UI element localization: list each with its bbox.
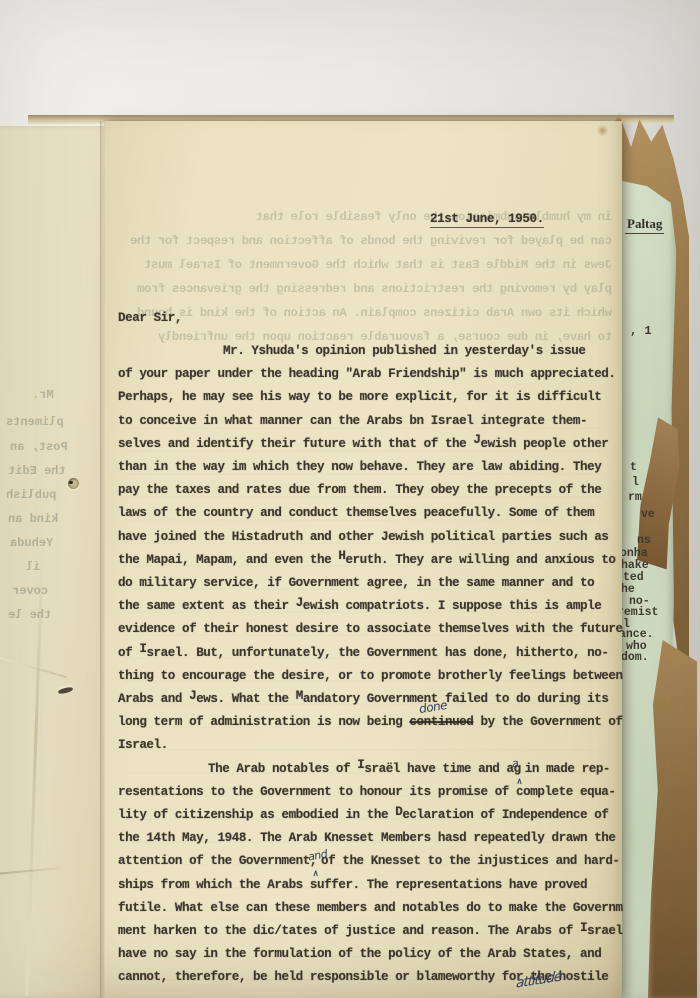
bleedthrough-line: can be played for reviving the bonds of …	[112, 234, 612, 248]
typed-text: Mr. Yshuda's opinion published in yester…	[223, 344, 585, 358]
typed-text: eruth. They are willing and anxious to	[345, 553, 615, 567]
letter-page: in my humble submission the only feasibl…	[104, 121, 622, 998]
letter-salutation: Dear Sir,	[118, 311, 182, 325]
letter-line: evidence of their honest desire to assoc…	[118, 622, 623, 636]
bleedthrough-line: Jews in the Middle East is that which th…	[112, 258, 612, 272]
letter-line: have joined the Histadruth and other Jew…	[118, 530, 608, 544]
letter-line: ships from which the Arabs suffer. The r…	[118, 878, 587, 892]
letter-line: do military service, if Government agree…	[118, 576, 594, 590]
letter-line: long term of administration is now being…	[118, 715, 623, 729]
left-page-fragment: Yehuda	[10, 536, 53, 550]
typed-text: eclaration of Independence of	[402, 808, 608, 822]
typed-text: attention of the Government,	[118, 854, 317, 868]
letter-line: Arabs and Jews. What the Mandatory Gover…	[118, 692, 608, 706]
letter-line: Mr. Yshuda's opinion published in yester…	[118, 344, 585, 358]
typed-text: resentations to the Government to honour…	[118, 785, 616, 799]
crease	[25, 556, 43, 996]
typed-text: thing to encourage the desire, or to pro…	[118, 669, 623, 683]
typed-text: lity of citizenship as embodied in the	[118, 808, 395, 822]
typed-text: ews. What the	[196, 692, 296, 706]
stain	[596, 125, 609, 136]
typed-text: in made rep-	[525, 762, 610, 776]
typed-text: have joined the Histadruth and other Jew…	[118, 530, 608, 544]
letter-line: ment harken to the dic/tates of justice …	[118, 924, 623, 938]
paltag-label: Paltag	[625, 216, 664, 234]
green-paper-fragment: t	[630, 461, 637, 474]
letter-line: pay the taxes and rates due from them. T…	[118, 483, 601, 497]
letter-line: thing to encourage the desire, or to pro…	[118, 669, 623, 683]
raised-capital: M	[296, 689, 303, 703]
typed-text: srael	[587, 924, 623, 938]
typed-text: than in the way im which they now behave…	[118, 460, 601, 474]
letter-line: The Arab notables of Israël have time an…	[118, 762, 610, 776]
left-page-fragment: publish	[6, 488, 56, 502]
typed-text: of the Knesset to the injustices and har…	[321, 854, 620, 868]
letter-date: 21st June, 1950.	[430, 212, 544, 228]
letter-line: to conceive in what manner can the Arabs…	[118, 414, 587, 428]
letter-line: than in the way im which they now behave…	[118, 460, 601, 474]
bleedthrough-line: which its own Arab citizens complain. An…	[112, 306, 612, 320]
page-fold-crease	[100, 121, 105, 998]
letter-line: the Mapai, Mapam, and even the Heruth. T…	[118, 553, 616, 567]
green-paper-fragment: ve	[641, 508, 655, 521]
letter-line: of Israel. But, unfortunately, the Gover…	[118, 646, 608, 660]
raised-capital: I	[580, 921, 587, 935]
letter-line: Perhaps, he may see his way to be more e…	[118, 390, 601, 404]
green-paper-fragment: ns	[637, 534, 651, 547]
typed-text: the Mapai, Mapam, and even the	[118, 553, 338, 567]
typed-text: the 14th May, 1948. The Arab Knesset Mem…	[118, 831, 616, 845]
typed-text: the same extent as their	[118, 599, 296, 613]
left-page-fragment: the Edit	[8, 464, 66, 478]
letter-line: the 14th May, 1948. The Arab Knesset Mem…	[118, 831, 616, 845]
raised-capital: J	[296, 596, 303, 610]
letter-line: the same extent as their Jewish compatri…	[118, 599, 601, 613]
typed-text: of your paper under the heading "Arab Fr…	[118, 367, 616, 381]
green-paper-sub-text: , 1	[630, 324, 652, 338]
raised-capital: H	[338, 549, 345, 563]
raised-capital: I	[139, 642, 146, 656]
green-paper-fragment: dom.	[621, 651, 649, 664]
struck-word: continueddone	[409, 715, 473, 729]
typed-text: pay the taxes and rates due from them. T…	[118, 483, 601, 497]
typed-text: srael. But, unfortunately, the Governmen…	[146, 646, 608, 660]
green-paper-fragment: l	[632, 476, 639, 489]
typed-text: andatory Government failed to do during …	[303, 692, 609, 706]
paper-hole	[68, 478, 79, 489]
typed-text: Perhaps, he may see his way to be more e…	[118, 390, 601, 404]
crease	[0, 656, 67, 678]
letter-line: laws of the country and conduct themselv…	[118, 506, 594, 520]
letter-line: lity of citizenship as embodied in the D…	[118, 808, 608, 822]
typed-text: ment harken to the dic/tates of justice …	[118, 924, 580, 938]
letter-line: Israel.	[118, 738, 168, 752]
raised-capital: D	[395, 805, 402, 819]
typed-text: Israel.	[118, 738, 168, 752]
typed-text: of	[118, 646, 139, 660]
raised-capital: J	[189, 689, 196, 703]
green-paper-fragment: rm	[628, 491, 642, 504]
left-page-fragment: Mr.	[32, 388, 54, 402]
photo-background: Paltag , 1 tlrmvensonhahaketedheno-remis…	[0, 0, 700, 998]
typed-text: futile. What else can these members and …	[118, 901, 623, 915]
typed-text: long term of administration is now being	[118, 715, 409, 729]
letter-line: resentations to the Government to honour…	[118, 785, 616, 799]
left-page-fragment: kind an	[8, 512, 58, 526]
letter-line: attention of the Government,and∧of the K…	[118, 854, 620, 868]
letter-line: of your paper under the heading "Arab Fr…	[118, 367, 616, 381]
letter-line: futile. What else can these members and …	[118, 901, 623, 915]
letter-line: selves and identify their future with th…	[118, 437, 608, 451]
typed-text: selves and identify their future with th…	[118, 437, 473, 451]
left-page-fragment: the le	[8, 608, 51, 622]
typed-text: ewish compatriots. I suppose this is amp…	[303, 599, 602, 613]
bleedthrough-line: play by removing the restrictions and re…	[112, 282, 612, 296]
paper-tear	[58, 686, 74, 694]
left-page-fragment: Post, an	[10, 440, 68, 454]
raised-capital: J	[473, 433, 480, 447]
typed-text: do military service, if Government agree…	[118, 576, 594, 590]
left-folded-page: Mr.plimentsPost, anthe Editpublishkind a…	[0, 126, 112, 998]
typed-text: The Arab notables of	[208, 762, 357, 776]
raised-capital: I	[357, 758, 364, 772]
letter-line: have no say in the formulation of the po…	[118, 947, 601, 961]
typed-text: ships from which the Arabs suffer. The r…	[118, 878, 587, 892]
left-page-fragment: il	[26, 560, 40, 574]
typed-text: Arabs and	[118, 692, 189, 706]
typed-text: have no say in the formulation of the po…	[118, 947, 601, 961]
typed-text: laws of the country and conduct themselv…	[118, 506, 594, 520]
typed-text: ewish people other	[480, 437, 608, 451]
bleedthrough-line: to have, in due course, a favourable rea…	[112, 330, 612, 344]
left-page-fragment: pliments	[6, 415, 64, 429]
typed-text: by the Government of	[473, 715, 622, 729]
typed-text: sraël have time and ag	[364, 762, 520, 776]
typed-text: to conceive in what manner can the Arabs…	[118, 414, 587, 428]
typed-text: evidence of their honest desire to assoc…	[118, 622, 623, 636]
